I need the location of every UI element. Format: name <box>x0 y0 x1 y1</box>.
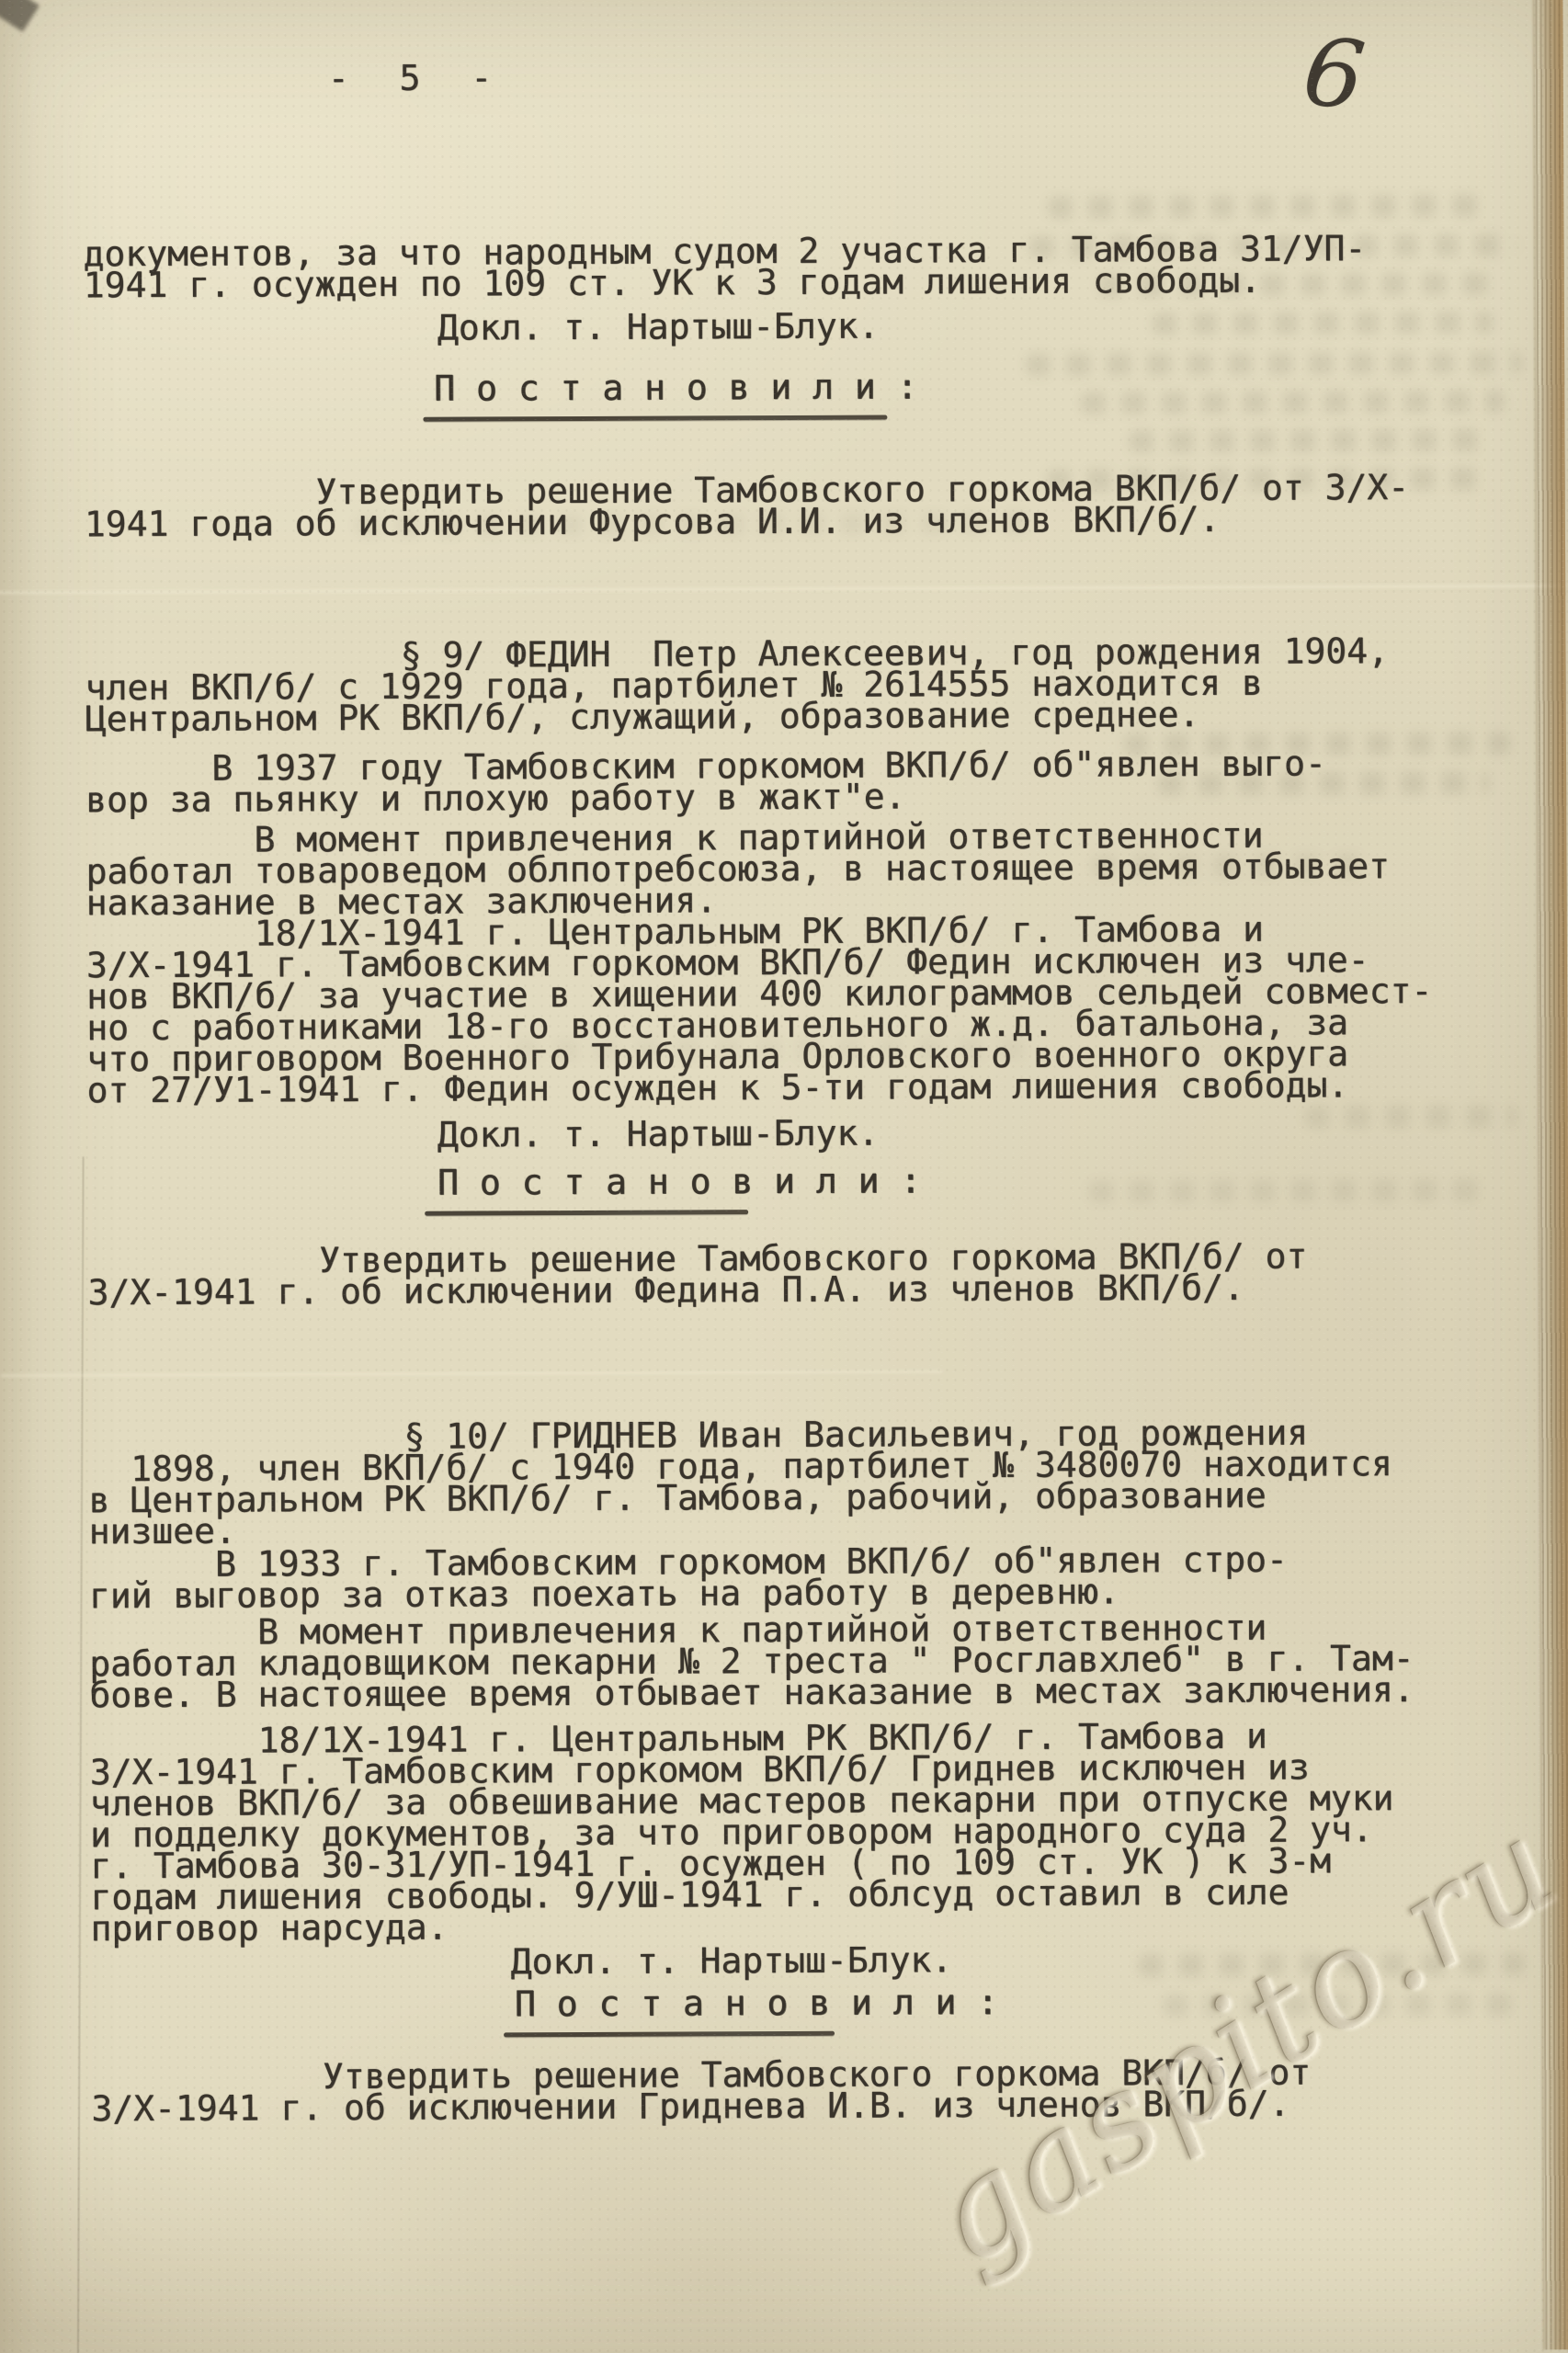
paper-crease <box>1 1370 942 1376</box>
book-spine-edge <box>1535 0 1568 2349</box>
resolution-fursov: Утвердить решение Тамбовского горкома ВК… <box>85 472 1410 540</box>
resolved-heading-fedin: П о с т а н о в и л и : <box>437 1165 921 1198</box>
gridnev-employment: В момент привлечения к партийной ответст… <box>89 1611 1415 1711</box>
reporter-line-fursov: Докл. т. Нартыш-Блук. <box>437 311 880 344</box>
gridnev-1933-reprimand: В 1933 г. Тамбовским горкомом ВКП/б/ об"… <box>89 1544 1288 1612</box>
heading-underline <box>425 1210 748 1216</box>
section-10-gridnev-header: § 10/ ГРИДНЕВ Иван Васильевич, год рожде… <box>88 1416 1392 1547</box>
resolved-heading-fursov: П о с т а н о в и л и : <box>434 370 917 404</box>
section-9-fedin-header: § 9/ ФЕДИН Петр Алексеевич, год рождения… <box>85 635 1389 734</box>
heading-underline <box>504 2031 835 2038</box>
reporter-line-fedin: Докл. т. Нартыш-Блук. <box>437 1118 880 1151</box>
corner-smudge <box>0 0 40 32</box>
page-surface: - 5 - 6 документов, за что народным судо… <box>0 0 1568 2353</box>
paper-crease <box>0 585 1565 593</box>
page-number: - 5 - <box>328 62 507 94</box>
bleedthrough-mark <box>1026 351 1522 375</box>
fedin-expulsion-details: 18/1Х-1941 г. Центральным РК ВКП/б/ г. Т… <box>86 913 1433 1106</box>
bleedthrough-mark <box>1048 195 1480 219</box>
bleedthrough-mark <box>1129 429 1487 453</box>
fedin-1937-reprimand: В 1937 году Тамбовским горкомом ВКП/б/ о… <box>85 747 1326 815</box>
bleedthrough-mark <box>1081 391 1504 415</box>
heading-underline <box>423 415 887 422</box>
paper-crease <box>77 1156 85 2353</box>
reporter-line-gridnev: Докл. т. Нартыш-Блук. <box>511 1944 953 1977</box>
resolution-fedin: Утвердить решение Тамбовского горкома ВК… <box>87 1241 1307 1309</box>
scanned-document-page: { "page": { "page_number": "- 5 -", "han… <box>0 0 1568 2353</box>
bleedthrough-mark <box>1153 312 1493 335</box>
bleedthrough-mark <box>1089 1179 1494 1203</box>
fedin-employment: В момент привлечения к партийной ответст… <box>85 819 1390 918</box>
handwritten-page-number: 6 <box>1298 17 1369 132</box>
bleedthrough-mark <box>1305 1106 1517 1129</box>
gridnev-expulsion-details: 18/1Х-1941 г. Центральным РК ВКП/б/ г. Т… <box>90 1720 1394 1944</box>
resolved-heading-gridnev: П о с т а н о в и л и : <box>515 1986 998 2019</box>
paragraph-intro-continuation: документов, за что народным судом 2 учас… <box>84 233 1367 301</box>
